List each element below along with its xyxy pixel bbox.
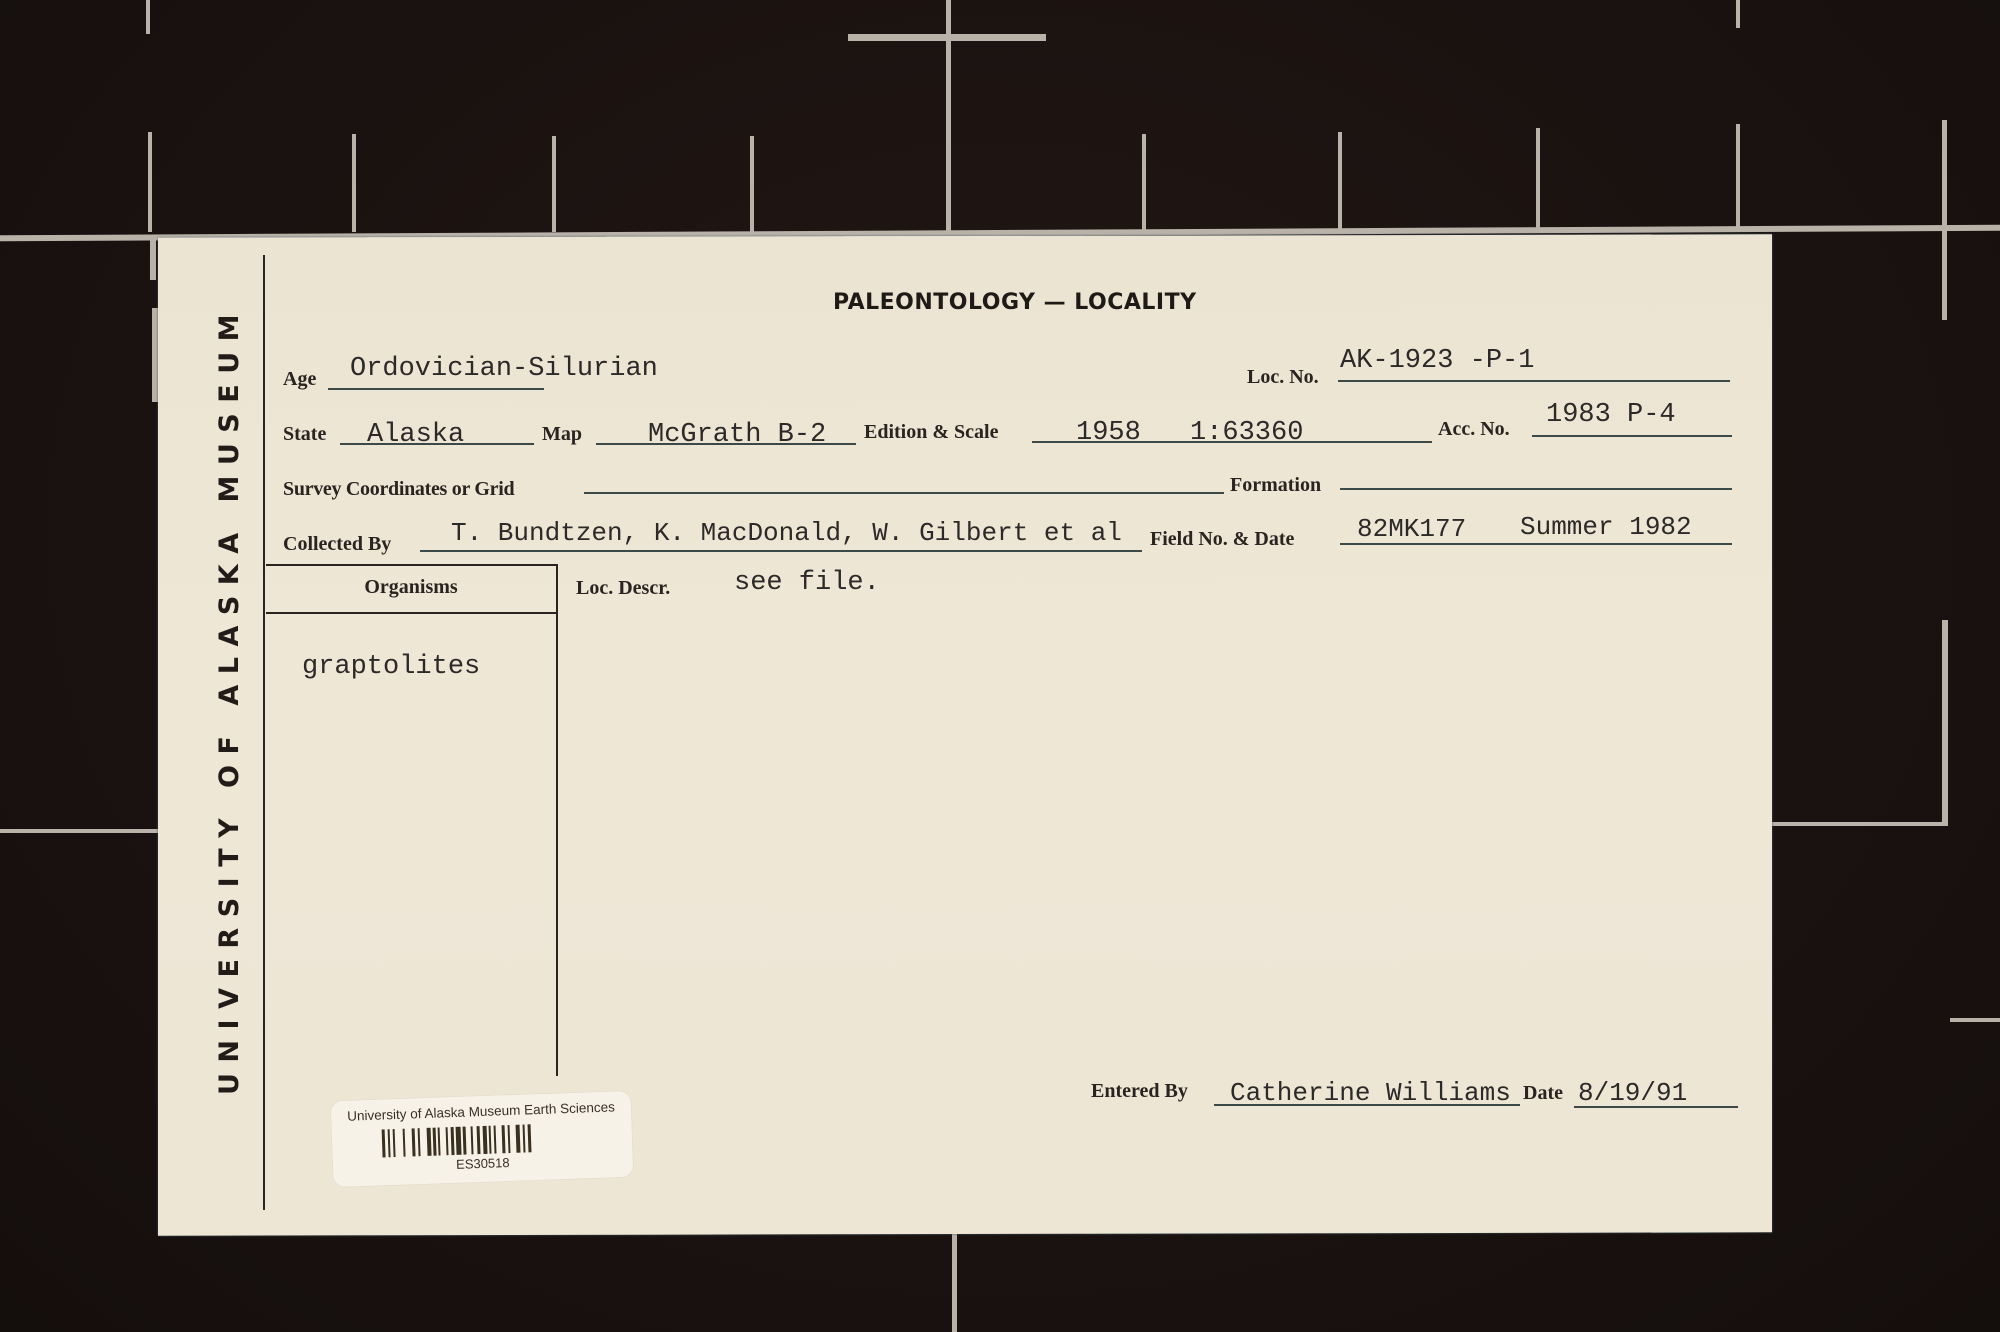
card-left-rule: [263, 255, 265, 1210]
scale-value: 1:63360: [1190, 418, 1303, 448]
grid-line: [1772, 822, 1946, 826]
organisms-box: [266, 564, 558, 1076]
edition-scale-label: Edition & Scale: [864, 421, 998, 444]
grid-line: [150, 236, 156, 280]
edition-value: 1958: [1076, 418, 1141, 448]
state-value: Alaska: [367, 420, 464, 450]
map-value: McGrath B-2: [648, 420, 826, 450]
grid-line: [146, 0, 150, 34]
state-label: State: [283, 423, 326, 446]
grid-line: [148, 132, 152, 232]
organisms-label: Organisms: [266, 576, 556, 599]
loc-no-value: AK-1923 -P-1: [1340, 346, 1534, 376]
date-value: 8/19/91: [1578, 1078, 1687, 1108]
age-label: Age: [283, 368, 316, 391]
card-title: PALEONTOLOGY — LOCALITY: [833, 290, 1197, 315]
collected-by-value: T. Bundtzen, K. MacDonald, W. Gilbert et…: [451, 518, 1122, 548]
acc-no-label: Acc. No.: [1438, 418, 1510, 441]
formation-line: [1340, 488, 1732, 490]
map-label: Map: [542, 423, 582, 446]
grid-line: [1536, 128, 1540, 232]
loc-no-line: [1338, 380, 1730, 382]
age-value: Ordovician-Silurian: [350, 354, 658, 384]
barcode-icon: [382, 1123, 583, 1158]
field-no-value: 82MK177: [1357, 514, 1466, 544]
entered-by-value: Catherine Williams: [1230, 1078, 1511, 1108]
collected-by-label: Collected By: [283, 533, 391, 556]
age-line: [328, 388, 544, 390]
survey-coords-label: Survey Coordinates or Grid: [283, 478, 514, 501]
barcode-sticker: University of Alaska Museum Earth Scienc…: [331, 1091, 634, 1187]
date-label: Date: [1523, 1082, 1563, 1105]
grid-line: [1142, 134, 1146, 232]
grid-line: [1950, 1018, 2000, 1022]
loc-descr-label: Loc. Descr.: [576, 577, 670, 600]
organisms-value: graptolites: [302, 652, 480, 682]
institution-vertical-text: UNIVERSITY OF ALASKA MUSEUM: [214, 304, 245, 1095]
grid-line: [552, 136, 556, 232]
loc-descr-value: see file.: [734, 568, 880, 598]
grid-line: [946, 0, 951, 236]
field-date-value: Summer 1982: [1520, 512, 1692, 542]
grid-line: [352, 134, 356, 232]
survey-coords-line: [584, 492, 1224, 494]
grid-line: [1942, 620, 1948, 826]
organisms-header-rule: [266, 612, 556, 614]
grid-line: [1942, 120, 1947, 320]
barcode-id: ES30518: [333, 1151, 633, 1176]
loc-no-label: Loc. No.: [1247, 366, 1319, 389]
collected-by-line: [420, 550, 1142, 552]
formation-label: Formation: [1230, 474, 1321, 497]
acc-no-value: 1983 P-4: [1546, 400, 1676, 430]
grid-line: [750, 136, 754, 232]
grid-line: [1736, 124, 1740, 232]
grid-line: [1736, 0, 1740, 28]
field-no-date-label: Field No. & Date: [1150, 528, 1294, 551]
grid-line: [1338, 132, 1342, 232]
grid-line: [0, 829, 158, 833]
entered-by-label: Entered By: [1091, 1080, 1188, 1103]
barcode-header: University of Alaska Museum Earth Scienc…: [331, 1099, 631, 1124]
acc-no-line: [1532, 435, 1732, 437]
grid-line: [952, 1222, 957, 1332]
